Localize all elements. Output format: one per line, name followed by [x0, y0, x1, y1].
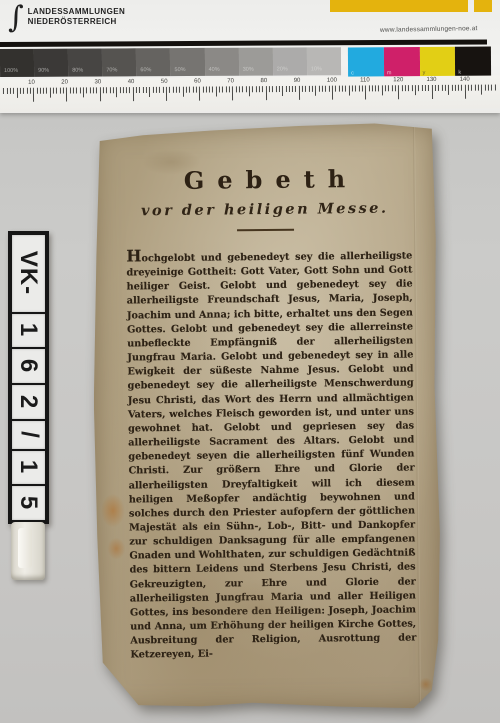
inventory-label-tile: 5	[12, 486, 45, 520]
yellow-accent-bar	[330, 0, 468, 12]
ruler-tick	[339, 86, 340, 92]
ruler-tick	[285, 86, 286, 92]
ruler-tick	[40, 88, 41, 94]
grayscale-patch-label: 90%	[38, 68, 49, 74]
ruler-tick	[405, 85, 406, 91]
ruler-tick	[222, 86, 223, 92]
ruler-tick	[139, 87, 140, 93]
ruler: 102030405060708090100110120130140	[0, 75, 500, 112]
ruler-tick	[109, 87, 110, 93]
inventory-label-char: 1	[14, 460, 42, 474]
ruler-tick	[103, 87, 104, 93]
ruler-tick	[365, 85, 366, 99]
ruler-tick	[325, 86, 326, 92]
grayscale-patch-label: 80%	[72, 68, 83, 74]
ruler-tick	[166, 87, 167, 101]
logo-mark-icon: ∫	[8, 3, 24, 33]
ruler-tick	[458, 85, 459, 91]
ruler-tick	[428, 85, 429, 91]
ruler-tick	[179, 87, 180, 93]
ruler-tick	[256, 86, 257, 92]
ruler-tick	[266, 86, 267, 100]
ruler-tick	[43, 88, 44, 94]
ruler-tick	[279, 86, 280, 92]
ruler-tick	[412, 85, 413, 91]
ruler-tick	[46, 88, 47, 94]
ruler-tick	[173, 87, 174, 93]
ruler-tick	[342, 86, 343, 92]
ruler-tick	[246, 86, 247, 92]
ruler-tick	[349, 86, 350, 96]
ruler-tick	[113, 87, 114, 93]
ruler-tick	[395, 85, 396, 91]
ruler-number: 40	[128, 79, 135, 85]
ruler-tick	[3, 88, 4, 94]
ruler-number: 60	[194, 79, 201, 85]
ruler-tick	[475, 85, 476, 91]
institution-logo: ∫ LANDESSAMMLUNGEN NIEDERÖSTERREICH	[8, 3, 125, 33]
ruler-tick	[448, 85, 449, 95]
ruler-tick	[229, 86, 230, 92]
grayscale-patch: 50%	[170, 48, 204, 76]
ruler-tick	[259, 86, 260, 92]
paper-stain	[107, 537, 125, 559]
ruler-tick	[169, 87, 170, 93]
ruler-tick	[242, 86, 243, 92]
ruler-tick	[219, 86, 220, 92]
ruler-tick	[26, 88, 27, 94]
website-url: www.landessammlungen-noe.at	[380, 25, 478, 34]
ruler-tick	[432, 85, 433, 99]
ruler-tick	[471, 85, 472, 91]
ruler-tick	[106, 87, 107, 93]
inventory-label-tile: VK-	[12, 235, 45, 312]
ruler-tick	[295, 86, 296, 92]
inventory-label-tile: 1	[12, 314, 45, 348]
ruler-tick	[13, 88, 14, 94]
ruler-tick	[76, 87, 77, 93]
ruler-tick	[309, 86, 310, 92]
grayscale-patch-label: 70%	[106, 67, 117, 73]
inventory-label-char: 5	[14, 496, 42, 510]
yellow-patch: y	[419, 47, 455, 78]
ruler-tick	[262, 86, 263, 92]
ruler-tick	[63, 88, 64, 94]
ruler-tick	[305, 86, 306, 92]
ruler-tick	[299, 86, 300, 100]
inventory-label-char: 1	[14, 323, 42, 337]
ruler-tick	[249, 86, 250, 96]
ruler-tick	[149, 87, 150, 97]
ruler-tick	[415, 85, 416, 95]
ruler-tick	[136, 87, 137, 93]
ruler-tick	[30, 88, 31, 94]
ruler-tick	[202, 87, 203, 93]
ruler-tick	[491, 85, 492, 91]
ruler-tick	[226, 86, 227, 92]
ruler-tick	[143, 87, 144, 93]
institution-name-line2: NIEDERÖSTERREICH	[28, 17, 117, 26]
ruler-tick	[53, 88, 54, 94]
ruler-tick	[17, 88, 18, 98]
ruler-number: 90	[294, 78, 301, 84]
ruler-tick	[66, 88, 67, 102]
ruler-tick	[206, 87, 207, 93]
document-page: Gebeth vor der heiligen Messe. Hochgelob…	[91, 122, 443, 714]
calibration-band: ∫ LANDESSAMMLUNGEN NIEDERÖSTERREICH www.…	[0, 0, 500, 113]
ruler-tick	[186, 87, 187, 93]
ruler-tick	[199, 87, 200, 101]
ruler-tick	[129, 87, 130, 93]
ruler-tick	[282, 86, 283, 96]
ruler-tick	[402, 85, 403, 91]
ruler-tick	[392, 85, 393, 91]
institution-name: LANDESSAMMLUNGEN NIEDERÖSTERREICH	[28, 3, 126, 26]
ruler-tick	[461, 85, 462, 91]
ruler-tick	[352, 86, 353, 92]
ruler-tick	[123, 87, 124, 93]
ruler-tick	[70, 88, 71, 94]
grayscale-patch: 80%	[68, 48, 102, 76]
ruler-tick	[408, 85, 409, 91]
divider-rule	[0, 39, 487, 47]
ruler-tick	[388, 85, 389, 91]
ruler-tick	[159, 87, 160, 93]
inventory-label-tile: 6	[12, 349, 45, 383]
ruler-number: 70	[227, 78, 234, 84]
ruler-tick	[332, 86, 333, 100]
ruler-tick	[468, 85, 469, 91]
ruler-tick	[372, 85, 373, 91]
grayscale-patch: 30%	[239, 48, 273, 76]
ruler-tick	[133, 87, 134, 101]
ruler-tick	[192, 87, 193, 93]
ruler-tick	[378, 85, 379, 91]
ruler-tick	[50, 88, 51, 98]
ruler-tick	[438, 85, 439, 91]
paper-stain	[101, 493, 125, 527]
grayscale-patch: 60%	[136, 48, 170, 76]
grayscale-patch: 40%	[204, 48, 238, 76]
grayscale-patch: 10%	[307, 47, 341, 75]
ruler-tick	[451, 85, 452, 91]
ruler-number: 130	[426, 77, 436, 83]
document-body-text: Hochgelobt und gebenedeyt sey die allerh…	[126, 246, 416, 663]
ruler-tick	[7, 88, 8, 94]
ruler-tick	[146, 87, 147, 93]
grayscale-patch: 20%	[273, 47, 307, 75]
ruler-tick	[368, 85, 369, 91]
inventory-label-tile: /	[12, 421, 45, 449]
ruler-tick	[80, 87, 81, 93]
ruler-tick	[478, 85, 479, 91]
ruler-tick	[209, 87, 210, 93]
inventory-label-tile: 2	[12, 385, 45, 419]
inventory-label: VK-162/15	[8, 231, 49, 524]
ruler-tick	[236, 86, 237, 92]
ruler-tick	[358, 85, 359, 91]
grayscale-patch-label: 20%	[277, 66, 288, 72]
ruler-number: 110	[360, 77, 370, 83]
ruler-tick	[83, 87, 84, 97]
ruler-tick	[252, 86, 253, 92]
ruler-tick	[153, 87, 154, 93]
ruler-tick	[189, 87, 190, 93]
ruler-tick	[60, 88, 61, 94]
ruler-tick	[355, 86, 356, 92]
ruler-tick	[302, 86, 303, 92]
paper-wrap: Gebeth vor der heiligen Messe. Hochgelob…	[94, 124, 440, 712]
cyan-patch: c	[348, 47, 384, 78]
black-patch: k	[455, 47, 491, 78]
ruler-tick	[20, 88, 21, 94]
ruler-tick	[86, 87, 87, 93]
ruler-tick	[126, 87, 127, 93]
grayscale-patch-label: 100%	[4, 68, 18, 74]
ruler-tick	[289, 86, 290, 92]
ruler-tick	[96, 87, 97, 93]
ruler-tick	[239, 86, 240, 92]
ruler-tick	[156, 87, 157, 93]
ruler-tick	[485, 85, 486, 91]
ruler-tick	[322, 86, 323, 92]
ruler-number: 30	[94, 79, 101, 85]
ruler-tick	[422, 85, 423, 91]
ruler-tick	[385, 85, 386, 91]
magenta-patch: m	[384, 47, 420, 78]
inventory-label-char: 2	[14, 395, 42, 409]
ruler-tick	[119, 87, 120, 93]
ruler-tick	[418, 85, 419, 91]
cmyk-patches: cmyk	[348, 47, 491, 79]
ruler-tick	[275, 86, 276, 92]
ruler-tick	[441, 85, 442, 91]
ruler-tick	[216, 86, 217, 96]
ruler-tick	[315, 86, 316, 96]
ruler-number: 50	[161, 79, 168, 85]
inventory-label-char: /	[14, 431, 42, 439]
grayscale-patch-label: 10%	[311, 66, 322, 72]
document-title: Gebeth	[91, 163, 437, 196]
ruler-tick	[176, 87, 177, 93]
ruler-tick	[93, 87, 94, 93]
ruler-tick	[345, 86, 346, 92]
ruler-tick	[465, 85, 466, 99]
ruler-tick	[116, 87, 117, 97]
grayscale-patch: 70%	[102, 48, 136, 76]
ruler-tick	[445, 85, 446, 91]
ruler-tick	[481, 85, 482, 95]
inventory-label-char: 6	[14, 359, 42, 373]
institution-name-line1: LANDESSAMMLUNGEN	[28, 7, 126, 16]
ruler-tick	[335, 86, 336, 92]
ruler-number: 80	[260, 78, 267, 84]
ruler-tick	[56, 88, 57, 94]
grayscale-patch: 90%	[34, 49, 68, 77]
ruler-number: 10	[28, 80, 35, 86]
grayscale-patch: 100%	[0, 49, 34, 77]
ruler-number: 100	[327, 78, 337, 84]
ruler-tick	[33, 88, 34, 102]
ruler-tick	[362, 85, 363, 91]
ruler-number: 140	[460, 77, 470, 83]
ruler-tick	[495, 85, 496, 91]
ruler-tick	[329, 86, 330, 92]
ruler-tick	[435, 85, 436, 91]
ruler-tick	[272, 86, 273, 92]
ruler-tick	[232, 86, 233, 100]
grayscale-patch-label: 30%	[243, 67, 254, 73]
ruler-tick	[23, 88, 24, 94]
yellow-accent-chip	[474, 0, 492, 12]
ruler-tick	[455, 85, 456, 91]
ruler-tick	[183, 87, 184, 97]
ruler-tick	[375, 85, 376, 91]
ruler-tick	[100, 87, 101, 101]
grayscale-wedge: 100%90%80%70%60%50%40%30%20%10%	[0, 47, 341, 77]
document-subtitle: vor der heiligen Messe.	[92, 199, 438, 220]
ruler-tick	[90, 87, 91, 93]
grayscale-patch-label: 50%	[174, 67, 185, 73]
ruler-tick	[36, 88, 37, 94]
ruler-number: 20	[61, 80, 68, 86]
ruler-tick	[488, 85, 489, 91]
ruler-tick	[319, 86, 320, 92]
label-holder	[11, 522, 45, 580]
grayscale-patch-label: 40%	[209, 67, 220, 73]
ruler-tick	[382, 85, 383, 95]
ruler-number: 120	[393, 77, 403, 83]
inventory-label-char: VK-	[15, 251, 43, 295]
ruler-tick	[212, 87, 213, 93]
ruler-tick	[73, 87, 74, 93]
ruler-tick	[196, 87, 197, 93]
ruler-tick	[292, 86, 293, 92]
ruler-tick	[312, 86, 313, 92]
ruler-tick	[425, 85, 426, 91]
ruler-tick	[398, 85, 399, 99]
ruler-tick	[163, 87, 164, 93]
inventory-label-tile: 1	[12, 451, 45, 485]
grayscale-patch-label: 60%	[140, 67, 151, 73]
ruler-tick	[269, 86, 270, 92]
title-rule	[237, 229, 294, 232]
ruler-tick	[10, 88, 11, 94]
